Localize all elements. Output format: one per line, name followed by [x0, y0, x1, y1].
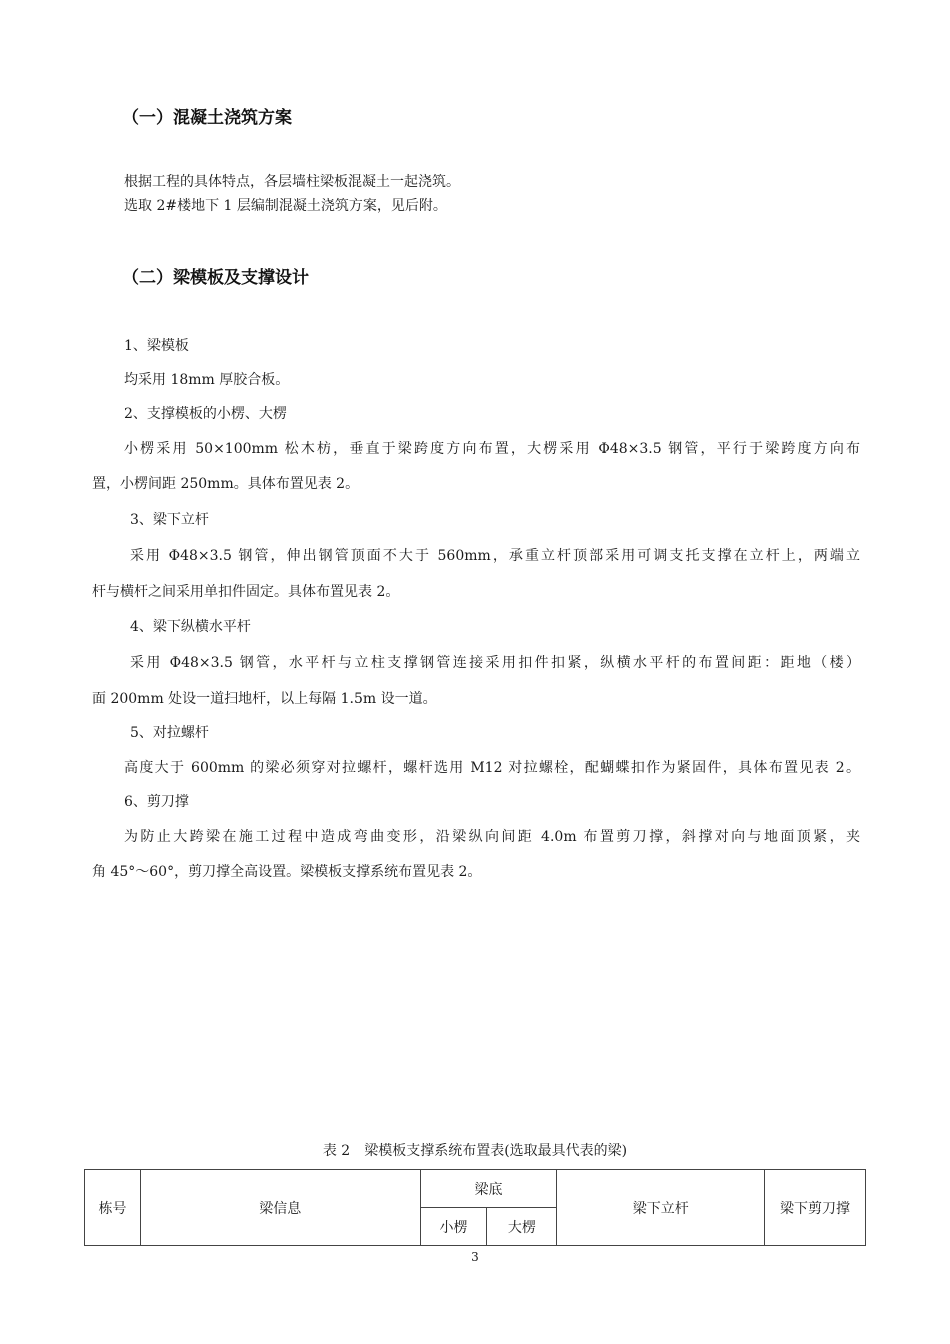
paragraph-line: 杆与横杆之间采用单扣件固定。具体布置见表 2。 — [92, 582, 399, 602]
paragraph-line: 小楞采用 50×100mm 松木枋，垂直于梁跨度方向布置，大楞采用 Φ48×3.… — [124, 439, 860, 459]
section-heading-beam-formwork: （二）梁模板及支撑设计 — [122, 263, 309, 288]
paragraph-line: 为防止大跨梁在施工过程中造成弯曲变形，沿梁纵向间距 4.0m 布置剪刀撑，斜撑对… — [124, 827, 860, 847]
paragraph-line: 选取 2#楼地下 1 层编制混凝土浇筑方案，见后附。 — [124, 196, 447, 216]
paragraph-line: 高度大于 600mm 的梁必须穿对拉螺杆，螺杆选用 M12 对拉螺栓，配蝴蝶扣作… — [124, 758, 860, 778]
beam-support-layout-table: 栋号 梁信息 梁底 梁下立杆 梁下剪刀撑 小楞 大楞 — [84, 1169, 866, 1246]
page-number: 3 — [0, 1250, 950, 1264]
header-large-joist: 大楞 — [487, 1208, 557, 1246]
item-heading-joists: 2、支撑模板的小楞、大楞 — [124, 404, 287, 424]
header-small-joist: 小楞 — [420, 1208, 487, 1246]
item-heading-beam-formwork: 1、梁模板 — [124, 336, 189, 356]
paragraph-line: 采用 Φ48×3.5 钢管，伸出钢管顶面不大于 560mm，承重立杆顶部采用可调… — [130, 546, 860, 566]
header-scissor-brace: 梁下剪刀撑 — [765, 1170, 866, 1246]
paragraph-line: 根据工程的具体特点，各层墙柱梁板混凝土一起浇筑。 — [124, 172, 460, 192]
header-beam-bottom: 梁底 — [420, 1170, 557, 1208]
table-header-row: 栋号 梁信息 梁底 梁下立杆 梁下剪刀撑 — [85, 1170, 866, 1208]
header-building-no: 栋号 — [85, 1170, 141, 1246]
paragraph-line: 角 45°～60°，剪刀撑全高设置。梁模板支撑系统布置见表 2。 — [92, 862, 481, 882]
paragraph-line: 均采用 18mm 厚胶合板。 — [124, 370, 289, 390]
paragraph-line: 置，小楞间距 250mm。具体布置见表 2。 — [92, 474, 359, 494]
item-heading-scissor-brace: 6、剪刀撑 — [124, 792, 189, 812]
header-beam-info: 梁信息 — [140, 1170, 420, 1246]
header-vertical-pole: 梁下立杆 — [557, 1170, 765, 1246]
item-heading-vertical-poles: 3、梁下立杆 — [130, 510, 209, 530]
paragraph-line: 采用 Φ48×3.5 钢管，水平杆与立柱支撑钢管连接采用扣件扣紧，纵横水平杆的布… — [130, 653, 860, 673]
paragraph-line: 面 200mm 处设一道扫地杆，以上每隔 1.5m 设一道。 — [92, 689, 437, 709]
item-heading-tie-bolts: 5、对拉螺杆 — [130, 723, 209, 743]
section-heading-concrete-pouring: （一）混凝土浇筑方案 — [122, 103, 292, 128]
item-heading-horizontal-bars: 4、梁下纵横水平杆 — [130, 617, 251, 637]
table-caption: 表 2 梁模板支撑系统布置表(选取最具代表的梁) — [0, 1140, 950, 1160]
